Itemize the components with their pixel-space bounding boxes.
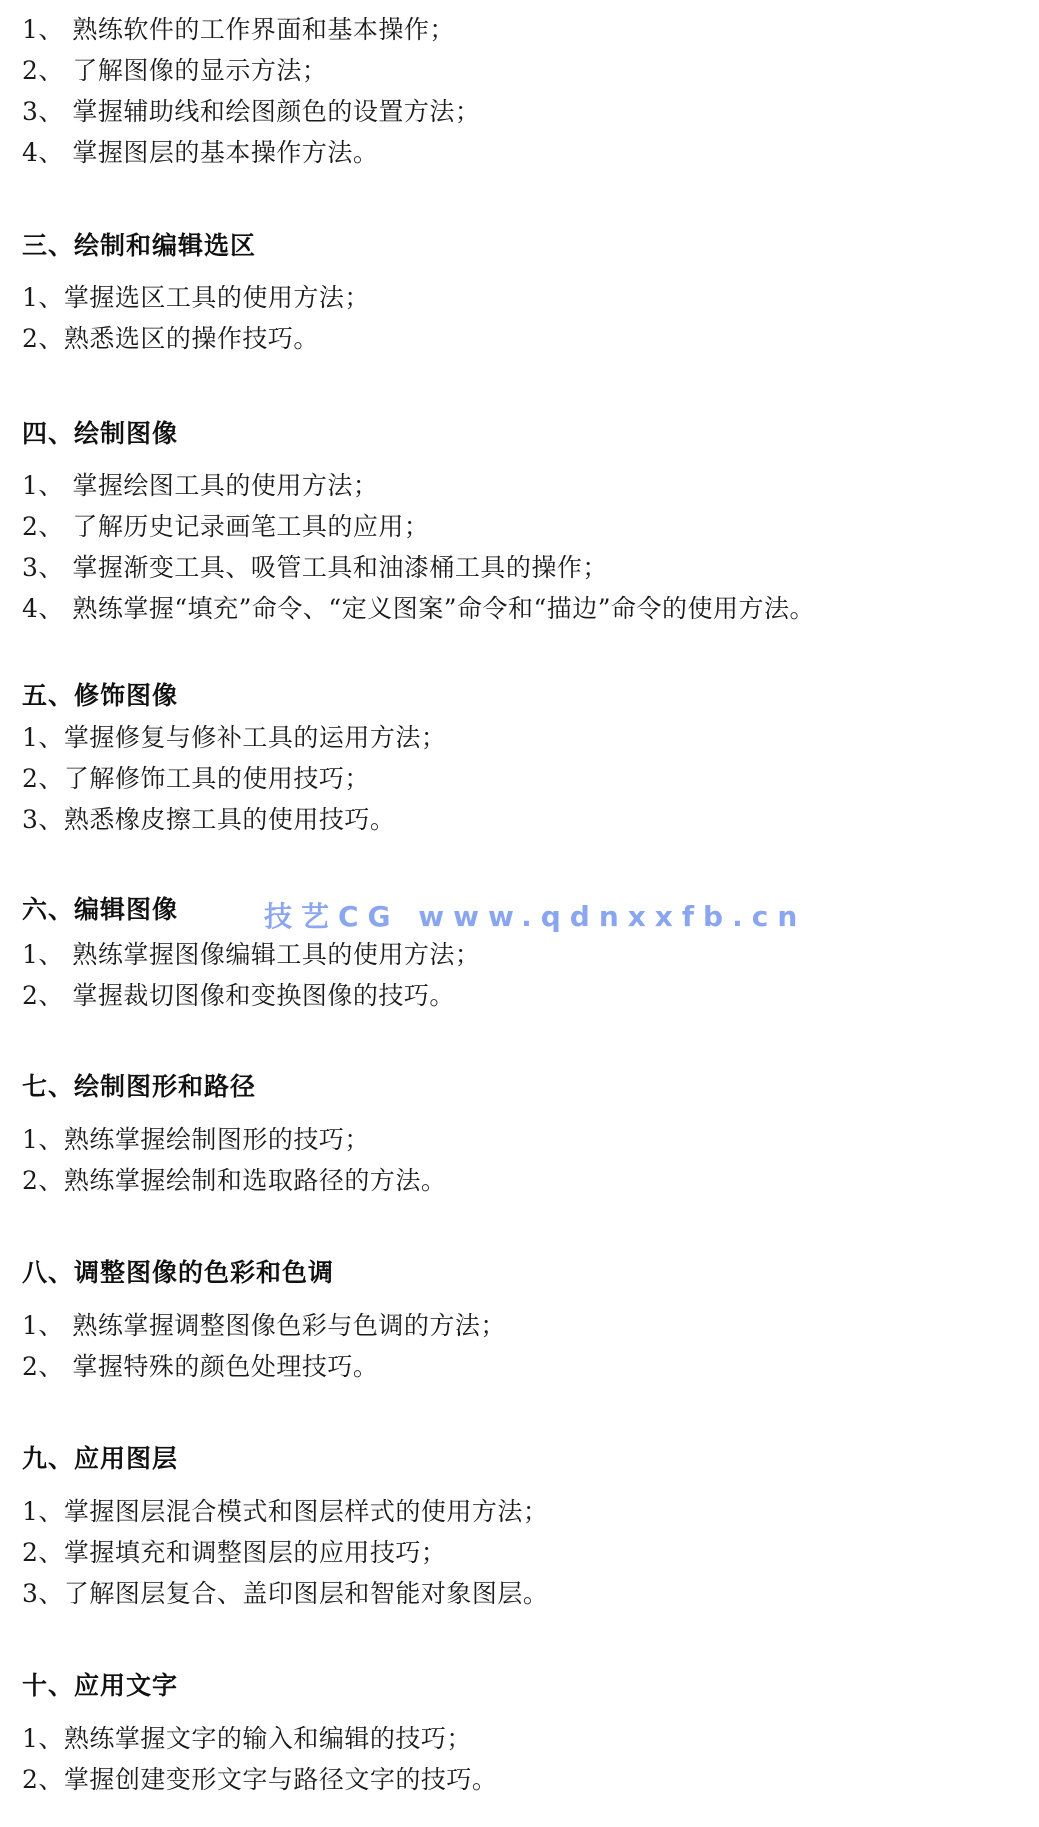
list-item: 2、 了解图像的显示方法；: [22, 55, 327, 87]
list-item: 3、 掌握辅助线和绘图颜色的设置方法；: [22, 96, 480, 128]
list-item: 3、 掌握渐变工具、吸管工具和油漆桶工具的操作；: [22, 552, 608, 584]
list-item: 2、熟悉选区的操作技巧。: [22, 323, 319, 355]
section-heading: 五、修饰图像: [22, 680, 178, 712]
section-heading: 十、应用文字: [22, 1670, 178, 1702]
list-item: 1、 掌握绘图工具的使用方法；: [22, 470, 378, 502]
list-item: 4、 熟练掌握“填充”命令、“定义图案”命令和“描边”命令的使用方法。: [22, 593, 815, 625]
list-item: 1、 熟练掌握调整图像色彩与色调的方法；: [22, 1310, 506, 1342]
section-heading: 七、绘制图形和路径: [22, 1071, 256, 1103]
list-item: 2、 了解历史记录画笔工具的应用；: [22, 511, 429, 543]
list-item: 3、了解图层复合、盖印图层和智能对象图层。: [22, 1578, 548, 1610]
list-item: 2、 掌握特殊的颜色处理技巧。: [22, 1351, 378, 1383]
list-item: 1、熟练掌握绘制图形的技巧；: [22, 1124, 370, 1156]
section-heading: 三、绘制和编辑选区: [22, 230, 256, 262]
section-heading: 八、调整图像的色彩和色调: [22, 1257, 334, 1289]
list-item: 1、掌握图层混合模式和图层样式的使用方法；: [22, 1496, 548, 1528]
list-item: 2、掌握填充和调整图层的应用技巧；: [22, 1537, 446, 1569]
watermark: 技艺CG www.qdnxxfb.cn: [264, 895, 806, 935]
list-item: 1、掌握选区工具的使用方法；: [22, 282, 370, 314]
section-heading: 四、绘制图像: [22, 418, 178, 450]
list-item: 2、熟练掌握绘制和选取路径的方法。: [22, 1165, 446, 1197]
list-item: 1、 熟练掌握图像编辑工具的使用方法；: [22, 939, 480, 971]
list-item: 2、了解修饰工具的使用技巧；: [22, 763, 370, 795]
section-heading: 六、编辑图像: [22, 894, 178, 926]
list-item: 2、 掌握裁切图像和变换图像的技巧。: [22, 980, 455, 1012]
list-item: 1、掌握修复与修补工具的运用方法；: [22, 722, 446, 754]
list-item: 1、 熟练软件的工作界面和基本操作；: [22, 14, 455, 46]
list-item: 4、 掌握图层的基本操作方法。: [22, 137, 378, 169]
list-item: 3、熟悉橡皮擦工具的使用技巧。: [22, 804, 395, 836]
section-heading: 九、应用图层: [22, 1443, 178, 1475]
list-item: 1、熟练掌握文字的输入和编辑的技巧；: [22, 1723, 472, 1755]
list-item: 2、掌握创建变形文字与路径文字的技巧。: [22, 1764, 497, 1796]
